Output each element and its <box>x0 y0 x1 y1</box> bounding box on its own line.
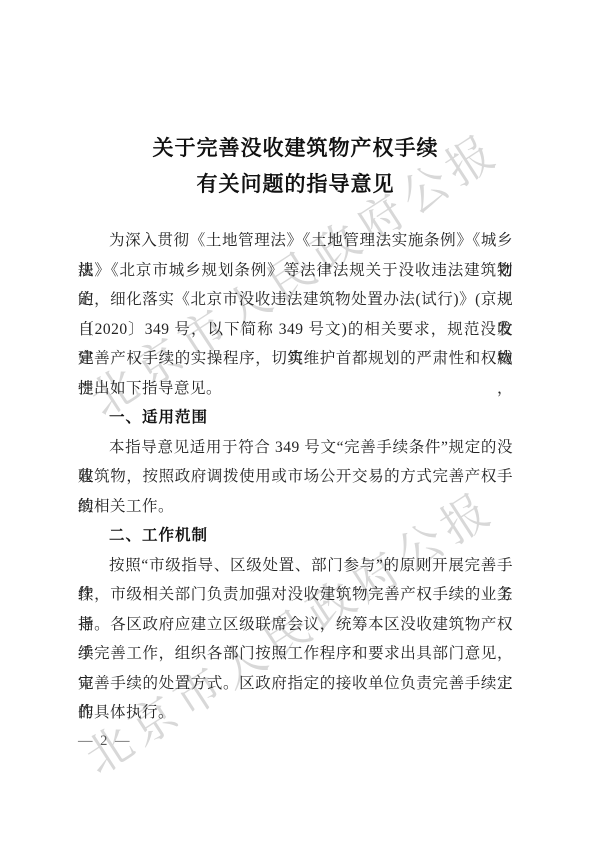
paragraph-1-line: 为深入贯彻《土地管理法》《土地管理法实施条例》《城乡规划 <box>78 226 513 256</box>
paragraph-3-line: 按照“市级指导、区级处置、部门参与”的原则开展完善手续工 <box>78 551 513 581</box>
paragraph-3-line: 完善手续的处置方式。区政府指定的接收单位负责完善手续工作 <box>78 669 513 699</box>
section-heading-mechanism: 二、工作机制 <box>78 521 513 551</box>
document-body: 为深入贯彻《土地管理法》《土地管理法实施条例》《城乡规划 法》《北京市城乡规划条… <box>78 226 513 728</box>
paragraph-1-line: 完善产权手续的实操程序，切实维护首都规划的严肃性和权威性， <box>78 344 513 374</box>
section-heading-scope: 一、适用范围 <box>78 403 513 433</box>
page-number: — 2 — <box>78 733 132 750</box>
document-title-line-2: 有关问题的指导意见 <box>78 166 513 202</box>
paragraph-2-line: 本指导意见适用于符合 349 号文“完善手续条件”规定的没收 <box>78 433 513 463</box>
paragraph-1-line: 〔2020〕349 号，以下简称 349 号文)的相关要求，规范没收建筑物 <box>78 315 513 345</box>
paragraph-1-line: 定，细化落实《北京市没收违法建筑物处置办法(试行)》(京规自发 <box>78 285 513 315</box>
paragraph-3-line: 作，市级相关部门负责加强对没收建筑物完善产权手续的业务指 <box>78 580 513 610</box>
paragraph-3-line: 导。各区政府应建立区级联席会议，统筹本区没收建筑物产权手 <box>78 610 513 640</box>
paragraph-2-line: 建筑物，按照政府调拨使用或市场公开交易的方式完善产权手续 <box>78 462 513 492</box>
paragraph-3-line: 续完善工作，组织各部门按照工作程序和要求出具部门意见，审定 <box>78 639 513 669</box>
document-content: 关于完善没收建筑物产权手续 有关问题的指导意见 为深入贯彻《土地管理法》《土地管… <box>78 130 513 728</box>
paragraph-1-line: 法》《北京市城乡规划条例》等法律法规关于没收违法建筑物的规 <box>78 256 513 286</box>
document-title-line-1: 关于完善没收建筑物产权手续 <box>78 130 513 166</box>
paragraph-2-line: 的相关工作。 <box>78 492 513 522</box>
document-title: 关于完善没收建筑物产权手续 有关问题的指导意见 <box>78 130 513 202</box>
document-page: 北京市人民政府公报 北京市人民政府公报 关于完善没收建筑物产权手续 有关问题的指… <box>0 0 595 842</box>
paragraph-3-line: 的具体执行。 <box>78 698 513 728</box>
